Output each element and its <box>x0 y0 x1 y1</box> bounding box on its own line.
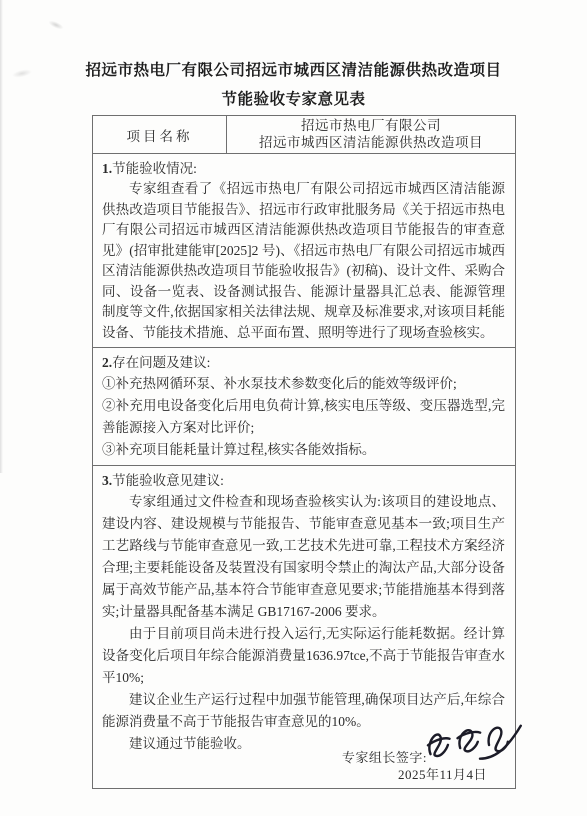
section3-heading-text: 节能验收意见建议: <box>112 473 224 488</box>
section2-row: 2.存在问题及建议: ①补充热网循环泵、补水泵技术参数变化后的能效等级评价; ②… <box>93 348 516 466</box>
expert-opinion-table: 项目名称 招远市热电厂有限公司 招远市城西区清洁能源供热改造项目 1.节能验收情… <box>92 115 516 789</box>
expert-leader-signature <box>421 720 529 770</box>
document-title: 招远市热电厂有限公司招远市城西区清洁能源供热改造项目 节能验收专家意见表 <box>0 56 587 114</box>
section1-paragraph: 专家组查看了《招远市热电厂有限公司招远市城西区清洁能源供热改造项目节能报告》、招… <box>102 179 505 343</box>
section2-heading-text: 存在问题及建议: <box>112 355 210 370</box>
project-name-line2: 招远市城西区清洁能源供热改造项目 <box>231 135 511 152</box>
project-name-value: 招远市热电厂有限公司 招远市城西区清洁能源供热改造项目 <box>227 116 516 154</box>
section-issues-suggestions: 2.存在问题及建议: ①补充热网循环泵、补水泵技术参数变化后的能效等级评价; ②… <box>93 348 516 466</box>
signature-date: 2025年11月4日 <box>398 764 487 783</box>
section3-heading: 3.节能验收意见建议: <box>102 470 505 491</box>
section-acceptance-opinion: 3.节能验收意见建议: 专家组通过文件检查和现场查验核实认为:该项目的建设地点、… <box>93 466 516 789</box>
opinion-paragraph-1: 专家组通过文件检查和现场查验核实认为:该项目的建设地点、建设内容、建设规模与节能… <box>102 491 505 623</box>
title-line-1: 招远市热电厂有限公司招远市城西区清洁能源供热改造项目 <box>0 56 587 85</box>
section1-heading: 1.节能验收情况: <box>102 158 505 179</box>
scan-smudge <box>47 19 64 31</box>
section1-row: 1.节能验收情况: 专家组查看了《招远市热电厂有限公司招远市城西区清洁能源供热改… <box>93 154 516 348</box>
opinion-paragraph-2: 由于目前项目尚未进行投入运行,无实际运行能耗数据。经计算设备变化后项目年综合能源… <box>102 623 505 689</box>
document-page: 招远市热电厂有限公司招远市城西区清洁能源供热改造项目 节能验收专家意见表 项目名… <box>0 0 587 816</box>
section1-number: 1. <box>102 161 112 176</box>
project-name-label: 项目名称 <box>93 116 227 154</box>
section1-heading-text: 节能验收情况: <box>112 161 197 176</box>
issue-item-2: ②补充用电设备变化后用电负荷计算,核实电压等级、变压器选型,完善能源接入方案对比… <box>102 395 505 439</box>
section2-number: 2. <box>102 355 112 370</box>
project-name-line1: 招远市热电厂有限公司 <box>231 118 511 135</box>
section3-row: 3.节能验收意见建议: 专家组通过文件检查和现场查验核实认为:该项目的建设地点、… <box>93 466 516 789</box>
section3-number: 3. <box>102 473 112 488</box>
title-line-2: 节能验收专家意见表 <box>0 85 587 114</box>
section2-heading: 2.存在问题及建议: <box>102 352 505 373</box>
project-name-row: 项目名称 招远市热电厂有限公司 招远市城西区清洁能源供热改造项目 <box>93 116 516 154</box>
issue-item-3: ③补充项目能耗量计算过程,核实各能效指标。 <box>102 439 505 461</box>
issue-item-1: ①补充热网循环泵、补水泵技术参数变化后的能效等级评价; <box>102 373 505 395</box>
section-acceptance-status: 1.节能验收情况: 专家组查看了《招远市热电厂有限公司招远市城西区清洁能源供热改… <box>93 154 516 348</box>
